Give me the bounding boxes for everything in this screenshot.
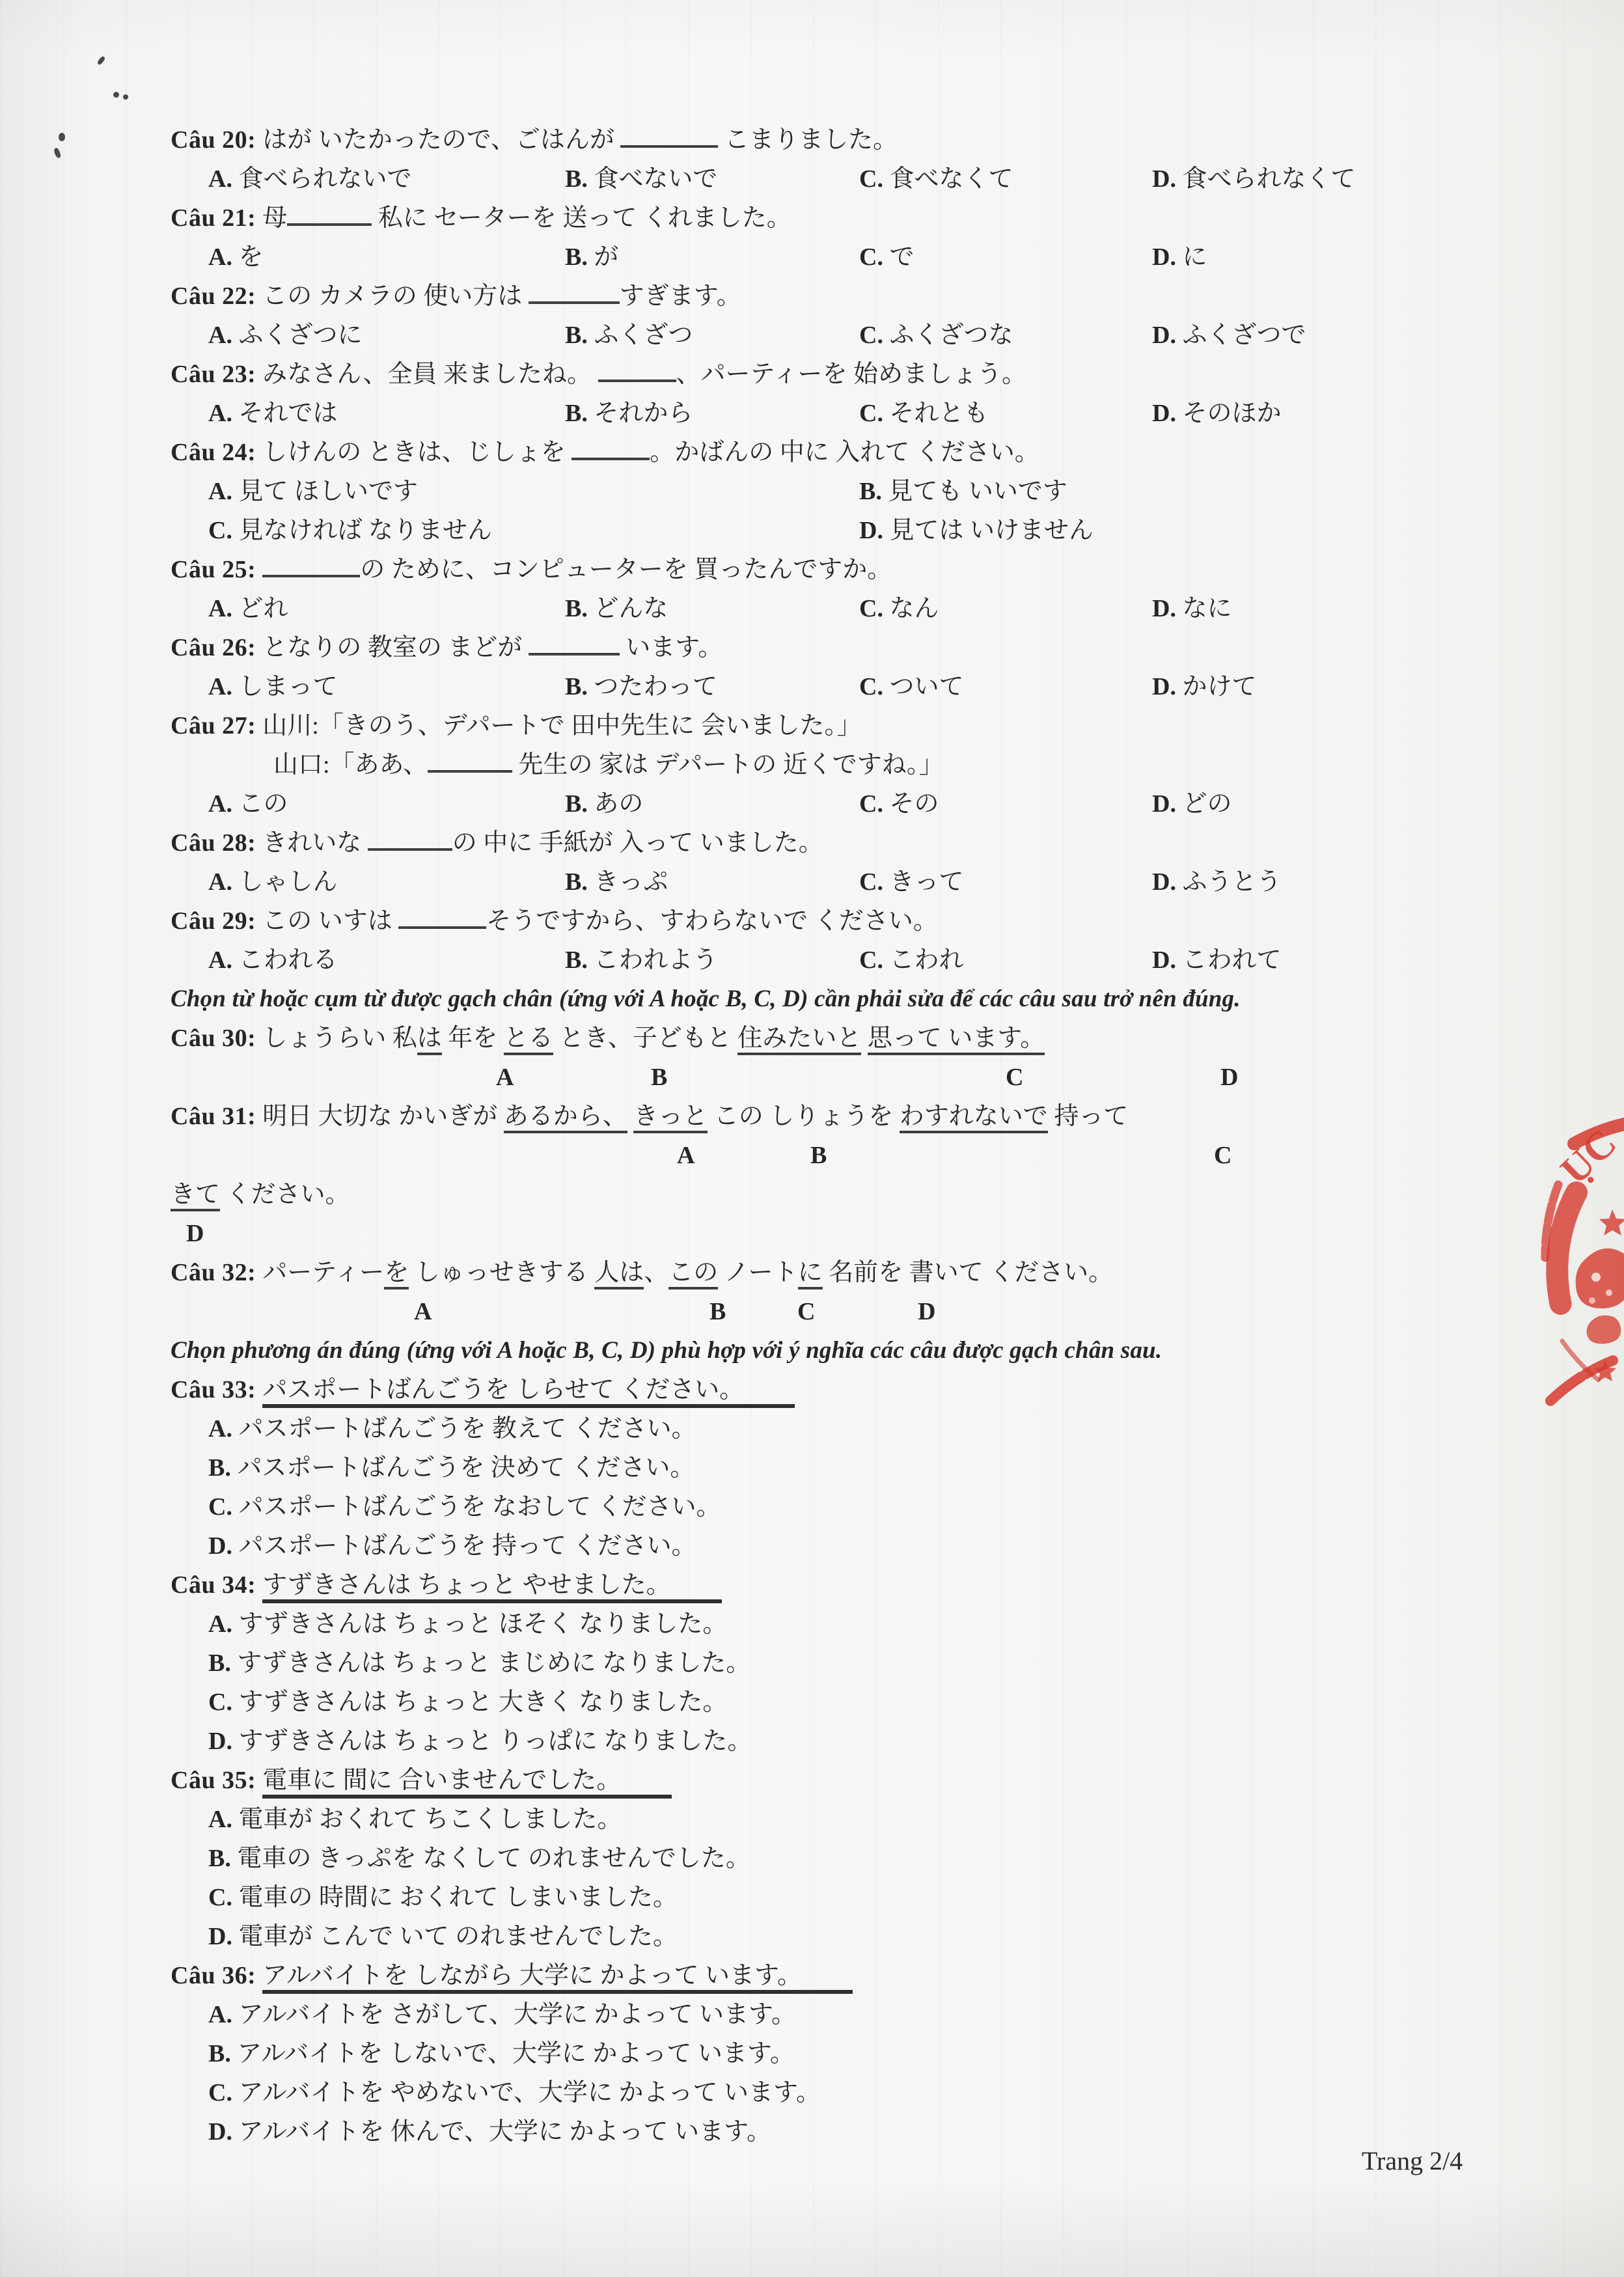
option-item: D. 食べられなくて xyxy=(1152,159,1355,199)
statement-text: 名前を 書いて ください。 xyxy=(823,1259,1114,1286)
option-text: ふくざつ xyxy=(588,322,693,349)
option-text: どれ xyxy=(232,595,288,622)
statement-text: となりの 教室の まどが xyxy=(262,634,529,661)
question-statement: Câu 25: の ために、コンピューターを 買ったんですか。 xyxy=(0,550,1624,589)
underlined-segment: パスポートばんごうを しらせて ください。 xyxy=(262,1376,795,1408)
option-item: B. すずきさんは ちょっと まじめに なりました。 xyxy=(208,1644,750,1683)
option-label: C. xyxy=(859,165,883,193)
option-label: C. xyxy=(208,1884,232,1911)
statement-text: きれいな xyxy=(262,829,368,857)
question-statement: Câu 31: 明日 大切な かいぎが あるから、 きっと この しりょうを わ… xyxy=(0,1097,1624,1136)
option-label: A. xyxy=(208,946,232,974)
correction-label: D xyxy=(186,1214,204,1253)
option-text: アルバイトを やめないで、大学に かよって います。 xyxy=(232,2079,821,2106)
statement-text: 山口:「ああ、 xyxy=(273,751,428,779)
question-number: Câu 35: xyxy=(171,1767,262,1794)
option-text: 電車の きっぷを なくして のれませんでした。 xyxy=(231,1845,750,1872)
question-number: Câu 20: xyxy=(171,126,262,154)
option-text: アルバイトを しないで、大学に かよって います。 xyxy=(231,2040,795,2067)
options-row: A. をB. がC. でD. に xyxy=(0,238,1624,277)
underlined-segment: に xyxy=(798,1259,823,1290)
question-statement: Câu 20: はが いたかったので、ごはんが こまりました。 xyxy=(0,120,1624,159)
option-item: C. ふくざつな xyxy=(859,316,1152,355)
option-text: それでは xyxy=(232,400,338,427)
statement-text: います。 xyxy=(620,634,723,661)
options-row: D. パスポートばんごうを 持って ください。 xyxy=(0,1526,1624,1566)
options-row: C. 見なければ なりませんD. 見ては いけません xyxy=(0,511,1624,550)
option-label: B. xyxy=(565,946,588,974)
option-text: ふくざつに xyxy=(232,322,363,349)
option-label: D. xyxy=(208,1728,232,1755)
option-text: かけて xyxy=(1176,673,1257,700)
statement-text: 、 xyxy=(644,1259,668,1286)
option-label: C. xyxy=(859,595,883,622)
option-item: B. あの xyxy=(565,784,859,823)
option-text: 食べられなくて xyxy=(1176,165,1356,193)
statement-blank xyxy=(287,201,372,226)
options-row: A. どれB. どんなC. なんD. なに xyxy=(0,589,1624,628)
option-item: A. しゃしん xyxy=(208,862,565,902)
statement-text: はが いたかったので、ごはんが xyxy=(262,126,620,154)
options-row: A. それではB. それからC. それともD. そのほか xyxy=(0,394,1624,433)
option-label: B. xyxy=(565,243,588,271)
statement-text: この いすは xyxy=(262,907,398,935)
statement-blank xyxy=(598,357,676,382)
option-text: パスポートばんごうを 持って ください。 xyxy=(232,1532,696,1560)
option-text: アルバイトを さがして、大学に かよって います。 xyxy=(232,2001,796,2028)
option-label: B. xyxy=(565,322,588,349)
option-text: 電車が こんで いて のれませんでした。 xyxy=(232,1923,678,1950)
option-text: パスポートばんごうを 教えて ください。 xyxy=(232,1415,696,1442)
option-text: 見て ほしいです xyxy=(232,478,418,505)
question-number: Câu 24: xyxy=(171,439,262,466)
option-item: B. それから xyxy=(565,394,859,433)
option-item: B. 電車の きっぷを なくして のれませんでした。 xyxy=(208,1839,750,1878)
option-label: C. xyxy=(859,868,883,896)
option-label: A. xyxy=(208,2001,232,2028)
underlined-segment: きて xyxy=(171,1181,220,1211)
options-row: D. すずきさんは ちょっと りっぱに なりました。 xyxy=(0,1722,1624,1761)
correction-label: C xyxy=(1214,1136,1232,1175)
option-label: D. xyxy=(1152,868,1176,896)
option-label: A. xyxy=(208,1610,232,1638)
option-label: B. xyxy=(565,673,588,700)
option-text: こわれ xyxy=(883,946,964,974)
option-text: この xyxy=(232,790,288,818)
option-label: A. xyxy=(208,400,232,427)
options-row: C. アルバイトを やめないで、大学に かよって います。 xyxy=(0,2073,1624,2112)
instruction-text: Chọn từ hoặc cụm từ được gạch chân (ứng … xyxy=(0,980,1624,1019)
option-text: なん xyxy=(883,595,939,622)
option-text: 見ては いけません xyxy=(883,517,1094,544)
options-row: A. アルバイトを さがして、大学に かよって います。 xyxy=(0,1995,1624,2034)
option-text: どの xyxy=(1176,790,1232,818)
question-number: Câu 33: xyxy=(171,1376,262,1403)
option-item: B. が xyxy=(565,238,859,277)
instruction-text: Chọn phương án đúng (ứng với A hoặc B, C… xyxy=(0,1331,1624,1370)
statement-text: 。かばんの 中に 入れて ください。 xyxy=(650,439,1039,466)
option-label: C. xyxy=(859,790,883,818)
question-number: Câu 27: xyxy=(171,712,262,739)
option-label: A. xyxy=(208,673,232,700)
option-item: D. かけて xyxy=(1152,667,1256,706)
question-number: Câu 28: xyxy=(171,829,262,857)
underlined-segment: を xyxy=(384,1259,409,1290)
option-text: すずきさんは ちょっと りっぱに なりました。 xyxy=(232,1728,752,1755)
option-item: C. 見なければ なりません xyxy=(208,511,859,550)
options-row: A. 食べられないでB. 食べないでC. 食べなくてD. 食べられなくて xyxy=(0,159,1624,199)
option-label: C. xyxy=(859,243,883,271)
question-statement: Câu 22: この カメラの 使い方は すぎます。 xyxy=(0,277,1624,316)
option-item: B. パスポートばんごうを 決めて ください。 xyxy=(208,1448,695,1487)
option-label: D. xyxy=(1152,400,1176,427)
question-statement: Câu 35: 電車に 間に 合いませんでした。 xyxy=(0,1761,1624,1800)
option-label: D. xyxy=(208,2118,232,2146)
question-statement: Câu 34: すずきさんは ちょっと やせました。 xyxy=(0,1566,1624,1605)
option-item: A. ふくざつに xyxy=(208,316,565,355)
option-label: D. xyxy=(1152,595,1176,622)
correction-label: B xyxy=(709,1292,726,1331)
question-number: Câu 36: xyxy=(171,1962,262,1989)
option-text: きって xyxy=(883,868,964,896)
option-item: A. アルバイトを さがして、大学に かよって います。 xyxy=(208,1995,796,2034)
option-text: アルバイトを 休んで、大学に かよって います。 xyxy=(232,2118,771,2146)
option-text: 電車の 時間に おくれて しまいました。 xyxy=(232,1884,678,1911)
underlined-segment: 人は xyxy=(594,1259,644,1290)
option-text: ついて xyxy=(883,673,964,700)
statement-text: みなさん、全員 来ましたね。 xyxy=(262,361,598,388)
option-item: D. 見ては いけません xyxy=(859,511,1094,550)
underlined-segment: すずきさんは ちょっと やせました。 xyxy=(262,1571,721,1603)
statement-text: 母 xyxy=(262,204,287,232)
option-text: が xyxy=(588,243,619,271)
option-label: B. xyxy=(208,1454,231,1482)
correction-label: A xyxy=(414,1292,432,1331)
option-label: C. xyxy=(859,400,883,427)
option-item: C. それとも xyxy=(859,394,1152,433)
statement-text xyxy=(861,1025,868,1052)
question-statement: Câu 26: となりの 教室の まどが います。 xyxy=(0,628,1624,667)
statement-text: こまりました。 xyxy=(718,126,898,154)
correction-label: B xyxy=(651,1058,667,1097)
option-text: ふくざつで xyxy=(1176,322,1306,349)
options-row: B. アルバイトを しないで、大学に かよって います。 xyxy=(0,2034,1624,2073)
option-item: A. こわれる xyxy=(208,941,565,980)
option-text: どんな xyxy=(588,595,668,622)
statement-text: の ために、コンピューターを 買ったんですか。 xyxy=(360,556,892,583)
options-row: C. 電車の 時間に おくれて しまいました。 xyxy=(0,1878,1624,1917)
statement-blank xyxy=(620,123,718,148)
underlined-segment: この xyxy=(668,1259,718,1290)
statement-text: 持って xyxy=(1048,1103,1129,1130)
option-item: A. すずきさんは ちょっと ほそく なりました。 xyxy=(208,1605,727,1644)
option-label: B. xyxy=(565,868,588,896)
stamp-emblem xyxy=(1587,1316,1621,1344)
underlined-segment: あるから、 xyxy=(504,1103,627,1133)
question-number: Câu 26: xyxy=(171,634,262,661)
option-label: B. xyxy=(208,1845,231,1872)
question-statement: Câu 24: しけんの ときは、じしょを 。かばんの 中に 入れて ください。 xyxy=(0,433,1624,472)
option-item: A. パスポートばんごうを 教えて ください。 xyxy=(208,1409,696,1448)
option-text: なに xyxy=(1176,595,1232,622)
option-label: D. xyxy=(1152,243,1176,271)
option-item: A. 見て ほしいです xyxy=(208,472,859,511)
statement-text: の 中に 手紙が 入って いました。 xyxy=(452,829,823,857)
option-item: A. しまって xyxy=(208,667,565,706)
question-statement: Câu 23: みなさん、全員 来ましたね。 、パーティーを 始めましょう。 xyxy=(0,355,1624,394)
option-label: C. xyxy=(208,517,232,544)
option-item: D. パスポートばんごうを 持って ください。 xyxy=(208,1526,696,1566)
option-text: すずきさんは ちょっと ほそく なりました。 xyxy=(232,1610,727,1638)
option-item: D. どの xyxy=(1152,784,1232,823)
correction-labels-row: ABCD xyxy=(0,1292,1624,1331)
option-label: D. xyxy=(1152,165,1176,193)
option-item: D. ふうとう xyxy=(1152,862,1281,902)
statement-text: しけんの ときは、じしょを xyxy=(262,439,571,466)
option-item: D. 電車が こんで いて のれませんでした。 xyxy=(208,1917,678,1956)
options-row: A. しまってB. つたわってC. ついてD. かけて xyxy=(0,667,1624,706)
options-row: C. すずきさんは ちょっと 大きく なりました。 xyxy=(0,1683,1624,1722)
underlined-segment: きっと xyxy=(633,1103,708,1133)
page-number: Trang 2/4 xyxy=(1362,2146,1463,2176)
underlined-segment: わすれないで xyxy=(900,1103,1048,1133)
option-label: C. xyxy=(859,946,883,974)
option-text: しゃしん xyxy=(232,868,338,896)
option-label: B. xyxy=(565,400,588,427)
scanned-exam-page: Câu 20: はが いたかったので、ごはんが こまりました。A. 食べられない… xyxy=(0,0,1624,2277)
option-label: A. xyxy=(208,243,232,271)
option-text: パスポートばんごうを 決めて ください。 xyxy=(231,1454,695,1482)
option-item: D. こわれて xyxy=(1152,941,1281,980)
option-text: 食べないで xyxy=(588,165,718,193)
option-item: C. その xyxy=(859,784,1152,823)
statement-text: そうですから、すわらないで ください。 xyxy=(486,907,938,935)
option-item: C. 食べなくて xyxy=(859,159,1152,199)
statement-text: 明日 大切な かいぎが xyxy=(262,1103,504,1130)
option-label: B. xyxy=(565,790,588,818)
options-row: A. すずきさんは ちょっと ほそく なりました。 xyxy=(0,1605,1624,1644)
options-row: A. 見て ほしいですB. 見ても いいです xyxy=(0,472,1624,511)
statement-text: ください。 xyxy=(220,1181,350,1208)
question-number: Câu 21: xyxy=(171,204,262,232)
question-number: Câu 30: xyxy=(171,1025,262,1052)
option-item: D. アルバイトを 休んで、大学に かよって います。 xyxy=(208,2112,771,2151)
statement-blank xyxy=(368,826,452,851)
option-label: A. xyxy=(208,322,232,349)
option-label: C. xyxy=(208,1689,232,1716)
option-text: パスポートばんごうを なおして ください。 xyxy=(232,1493,721,1521)
question-statement: 山口:「ああ、 先生の 家は デパートの 近くですね。」 xyxy=(0,745,1624,784)
statement-text: ノート xyxy=(718,1259,797,1286)
option-label: B. xyxy=(565,165,588,193)
question-statement: Câu 27: 山川:「きのう、デパートで 田中先生に 会いました。」 xyxy=(0,706,1624,745)
statement-text: 年を xyxy=(442,1025,504,1052)
correction-label: D xyxy=(918,1292,935,1331)
option-item: A. を xyxy=(208,238,565,277)
option-item: C. こわれ xyxy=(859,941,1152,980)
option-text: それから xyxy=(588,400,693,427)
option-item: C. パスポートばんごうを なおして ください。 xyxy=(208,1487,721,1526)
option-item: D. に xyxy=(1152,238,1207,277)
option-text: すずきさんは ちょっと 大きく なりました。 xyxy=(232,1689,727,1716)
correction-labels-row: ABCD xyxy=(0,1058,1624,1097)
statement-text: すぎます。 xyxy=(620,283,741,310)
option-item: D. なに xyxy=(1152,589,1232,628)
option-label: B. xyxy=(859,478,882,505)
option-item: B. 食べないで xyxy=(565,159,859,199)
option-label: D. xyxy=(208,1532,232,1560)
statement-blank xyxy=(428,748,512,773)
option-item: D. すずきさんは ちょっと りっぱに なりました。 xyxy=(208,1722,752,1761)
option-item: A. 電車が おくれて ちこくしました。 xyxy=(208,1800,622,1839)
underlined-segment: 住みたいと xyxy=(737,1025,861,1055)
question-statement: Câu 29: この いすは そうですから、すわらないで ください。 xyxy=(0,902,1624,941)
option-item: B. つたわって xyxy=(565,667,859,706)
option-item: B. きっぷ xyxy=(565,862,859,902)
question-number: Câu 25: xyxy=(171,556,262,583)
option-label: D. xyxy=(1152,946,1176,974)
option-text: ふうとう xyxy=(1176,868,1282,896)
red-stamp: ỤC xyxy=(1536,1107,1624,1406)
statement-blank xyxy=(398,904,486,929)
statement-text: しゅっせきする xyxy=(409,1259,594,1286)
options-row: B. 電車の きっぷを なくして のれませんでした。 xyxy=(0,1839,1624,1878)
options-row: A. 電車が おくれて ちこくしました。 xyxy=(0,1800,1624,1839)
option-label: C. xyxy=(859,322,883,349)
correction-label: C xyxy=(1006,1058,1023,1097)
option-text: こわれて xyxy=(1176,946,1282,974)
statement-text xyxy=(627,1103,634,1130)
statement-blank xyxy=(571,435,650,460)
option-text: すずきさんは ちょっと まじめに なりました。 xyxy=(231,1649,750,1677)
options-row: A. ふくざつにB. ふくざつC. ふくざつなD. ふくざつで xyxy=(0,316,1624,355)
options-row: A. このB. あのC. そのD. どの xyxy=(0,784,1624,823)
option-label: A. xyxy=(208,165,232,193)
option-text: 食べなくて xyxy=(883,165,1013,193)
option-text: そのほか xyxy=(1176,400,1282,427)
option-label: A. xyxy=(208,1806,232,1833)
statement-text: しょうらい 私 xyxy=(262,1025,417,1052)
correction-label: C xyxy=(797,1292,815,1331)
option-label: B. xyxy=(208,1649,231,1677)
options-row: A. こわれるB. こわれようC. こわれD. こわれて xyxy=(0,941,1624,980)
option-text: あの xyxy=(588,790,644,818)
option-text: それとも xyxy=(883,400,989,427)
statement-text: 山川:「きのう、デパートで 田中先生に 会いました。」 xyxy=(262,712,861,739)
option-label: C. xyxy=(208,2079,232,2106)
options-row: B. パスポートばんごうを 決めて ください。 xyxy=(0,1448,1624,1487)
option-label: B. xyxy=(208,2040,231,2067)
option-label: A. xyxy=(208,790,232,818)
option-item: A. この xyxy=(208,784,565,823)
question-statement: Câu 36: アルバイトを しながら 大学に かよって います。 xyxy=(0,1956,1624,1995)
question-number: Câu 29: xyxy=(171,907,262,935)
statement-text: とき、子どもと xyxy=(553,1025,737,1052)
correction-label: A xyxy=(677,1136,695,1175)
option-label: A. xyxy=(208,595,232,622)
option-item: D. ふくざつで xyxy=(1152,316,1306,355)
option-item: C. ついて xyxy=(859,667,1152,706)
question-number: Câu 32: xyxy=(171,1259,262,1286)
option-item: C. きって xyxy=(859,862,1152,902)
option-item: A. どれ xyxy=(208,589,565,628)
option-text: 電車が おくれて ちこくしました。 xyxy=(232,1806,622,1833)
option-label: D. xyxy=(1152,790,1176,818)
statement-text: パーティー xyxy=(262,1259,384,1286)
option-text: こわれよう xyxy=(588,946,718,974)
correction-label: D xyxy=(1220,1058,1238,1097)
options-row: D. 電車が こんで いて のれませんでした。 xyxy=(0,1917,1624,1956)
option-label: C. xyxy=(208,1493,232,1521)
underlined-segment: 思って います。 xyxy=(868,1025,1045,1055)
option-text: きっぷ xyxy=(588,868,668,896)
option-text: に xyxy=(1176,243,1207,271)
option-text: 見なければ なりません xyxy=(232,517,492,544)
question-statement: Câu 32: パーティーを しゅっせきする 人は、この ノートに 名前を 書い… xyxy=(0,1253,1624,1292)
option-item: C. なん xyxy=(859,589,1152,628)
stamp-star-icon xyxy=(1599,1209,1624,1235)
option-text: を xyxy=(232,243,264,271)
option-item: C. すずきさんは ちょっと 大きく なりました。 xyxy=(208,1683,727,1722)
options-row: A. パスポートばんごうを 教えて ください。 xyxy=(0,1409,1624,1448)
statement-text: 先生の 家は デパートの 近くですね。」 xyxy=(512,751,944,779)
statement-blank xyxy=(529,631,620,655)
question-statement: Câu 33: パスポートばんごうを しらせて ください。 xyxy=(0,1370,1624,1409)
option-label: D. xyxy=(859,517,883,544)
option-text: こわれる xyxy=(232,946,338,974)
question-number: Câu 34: xyxy=(171,1571,262,1599)
statement-blank xyxy=(529,279,620,304)
option-text: 見ても いいです xyxy=(882,478,1067,505)
question-statement: Câu 28: きれいな の 中に 手紙が 入って いました。 xyxy=(0,823,1624,862)
correction-labels-row: ABC xyxy=(0,1136,1624,1175)
underlined-segment: とる xyxy=(504,1025,553,1055)
option-item: C. で xyxy=(859,238,1152,277)
statement-text: 、パーティーを 始めましょう。 xyxy=(676,361,1026,388)
underlined-segment: アルバイトを しながら 大学に かよって います。 xyxy=(262,1962,853,1994)
option-text: で xyxy=(883,243,915,271)
question-statement: Câu 30: しょうらい 私は 年を とる とき、子どもと 住みたいと 思って… xyxy=(0,1019,1624,1058)
correction-labels-row: D xyxy=(0,1214,1624,1253)
option-text: その xyxy=(883,790,939,818)
question-statement: きて ください。 xyxy=(0,1175,1624,1214)
correction-label: B xyxy=(810,1136,827,1175)
option-label: A. xyxy=(208,1415,232,1442)
option-text: つたわって xyxy=(588,673,717,700)
question-statement: Câu 21: 母 私に セーターを 送って くれました。 xyxy=(0,199,1624,238)
option-text: しまって xyxy=(232,673,338,700)
underlined-segment: 電車に 間に 合いませんでした。 xyxy=(262,1767,672,1799)
option-text: ふくざつな xyxy=(883,322,1013,349)
option-item: A. 食べられないで xyxy=(208,159,565,199)
option-label: D. xyxy=(1152,322,1176,349)
option-item: C. アルバイトを やめないで、大学に かよって います。 xyxy=(208,2073,821,2112)
option-label: B. xyxy=(565,595,588,622)
option-item: B. 見ても いいです xyxy=(859,472,1067,511)
option-label: C. xyxy=(859,673,883,700)
options-row: A. しゃしんB. きっぷC. きってD. ふうとう xyxy=(0,862,1624,902)
statement-blank xyxy=(262,553,360,577)
option-item: B. ふくざつ xyxy=(565,316,859,355)
underlined-segment: は xyxy=(417,1025,442,1055)
option-item: B. アルバイトを しないで、大学に かよって います。 xyxy=(208,2034,795,2073)
option-item: A. それでは xyxy=(208,394,565,433)
option-label: D. xyxy=(208,1923,232,1950)
statement-text: 私に セーターを 送って くれました。 xyxy=(372,204,791,232)
statement-text: この カメラの 使い方は xyxy=(262,283,529,310)
question-number: Câu 23: xyxy=(171,361,262,388)
option-item: B. こわれよう xyxy=(565,941,859,980)
